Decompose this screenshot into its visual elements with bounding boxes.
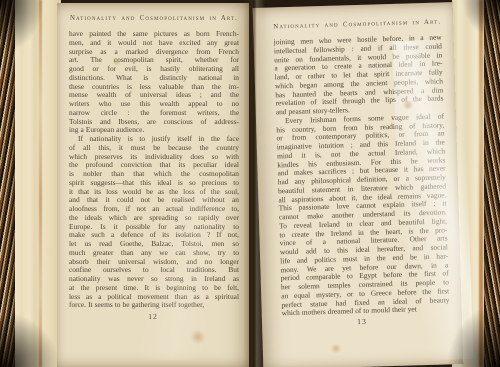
text-line: of all this, it must be because the coun… [69, 144, 239, 153]
text-line: force. It seems to be gathering itself t… [69, 301, 239, 310]
text-line: the profound conviction that its peculia… [69, 161, 239, 170]
text-line: good or for evil, is hastily obliteratin… [69, 65, 239, 74]
text-line: confine ourselves to local traditions. B… [69, 266, 239, 275]
text-line: have painted the same pictures as born F… [69, 30, 239, 39]
text-line: ing a European audience. [69, 126, 239, 135]
left-page-body-text: have painted the same pictures as born F… [69, 30, 239, 310]
text-line: distinctions. What is distinctly nationa… [69, 74, 239, 83]
text-line: make such a defence of its isolation ? I… [69, 231, 239, 240]
paragraph: Every Irishman forms some vague ideal of… [276, 112, 450, 318]
text-line: the ideals which are spreading so rapidl… [69, 214, 239, 223]
paragraph: have painted the same pictures as born F… [69, 30, 239, 135]
text-line: mense wealth of universal ideas ; and th… [69, 91, 239, 100]
text-line: these countries is less valuable than th… [69, 83, 239, 92]
open-book-photo: Nationality and Cosmopolitanism in Art. … [0, 0, 500, 367]
text-line: Tolstois and Ibsens, are conscious of ad… [69, 118, 239, 127]
text-line: spirit suggests—that this ideal is so pr… [69, 179, 239, 188]
text-line: which preserves its individuality does s… [69, 153, 239, 162]
right-page: Nationality and Cosmopolitanism in Art. … [253, 2, 464, 367]
right-page-body-text: joining men who were hostile before, in … [274, 33, 450, 318]
right-marbled-fore-edge [484, 0, 500, 367]
text-line: writers who use this wealth appeal to no [69, 100, 239, 109]
text-line: is nobler than that which the cosmopolit… [69, 170, 239, 179]
left-marbled-fore-edge [0, 0, 15, 367]
text-line: let us read Goethe, Balzac, Tolstoi, men… [69, 240, 239, 249]
right-page-text-block: Nationality and Cosmopolitanism in Art. … [273, 18, 450, 318]
left-page-number: 12 [57, 312, 249, 321]
text-line: men, and it would not have excited any g… [69, 39, 239, 48]
left-page-edge-stack [13, 0, 61, 367]
paragraph: joining men who were hostile before, in … [274, 33, 444, 117]
text-line: aloofness from, if not an actual indiffe… [69, 205, 239, 214]
text-line: narrow circle : the foremost writers, th… [69, 109, 239, 118]
right-running-header: Nationality and Cosmopolitanism in Art. [273, 18, 441, 30]
text-line: and that it could not be realised withou… [69, 196, 239, 205]
left-running-header: Nationality and Cosmopolitanism in Art. [69, 15, 239, 22]
text-line: Europe. Is it possible for any nationali… [69, 223, 239, 232]
text-line: surprise as a marked divergence from Fre… [69, 48, 239, 57]
left-page: Nationality and Cosmopolitanism in Art. … [57, 3, 249, 367]
text-line: absorb their universal wisdom, and no lo… [69, 258, 239, 267]
text-line: less as a political movement than as a s… [69, 293, 239, 302]
text-line: nationality was never so strong in Irela… [69, 275, 239, 284]
text-line: at the present time. It is beginning to … [69, 284, 239, 293]
text-line: art. The cosmopolitan spirit, whether fo… [69, 56, 239, 65]
text-line: much greater than any we can show, try t… [69, 249, 239, 258]
left-page-text-block: Nationality and Cosmopolitanism in Art. … [69, 15, 239, 310]
text-line: it that its loss would be as the loss of… [69, 188, 239, 197]
paragraph: If nationality is to justify itself in t… [69, 135, 239, 310]
text-line: If nationality is to justify itself in t… [69, 135, 239, 144]
